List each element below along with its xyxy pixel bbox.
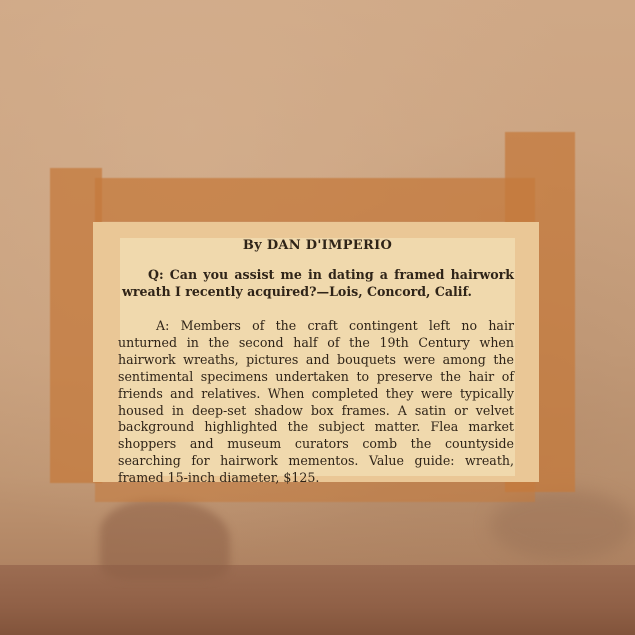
water-stain-bottom xyxy=(0,565,635,635)
answer-paragraph: A: Members of the craft contingent left … xyxy=(118,318,514,487)
byline: By DAN D'IMPERIO xyxy=(120,238,515,253)
newspaper-clipping: By DAN D'IMPERIO Q: Can you assist me in… xyxy=(120,238,515,476)
water-stain-blob xyxy=(100,500,230,580)
question-paragraph: Q: Can you assist me in dating a framed … xyxy=(122,266,514,300)
tape-strip-top xyxy=(95,178,535,222)
